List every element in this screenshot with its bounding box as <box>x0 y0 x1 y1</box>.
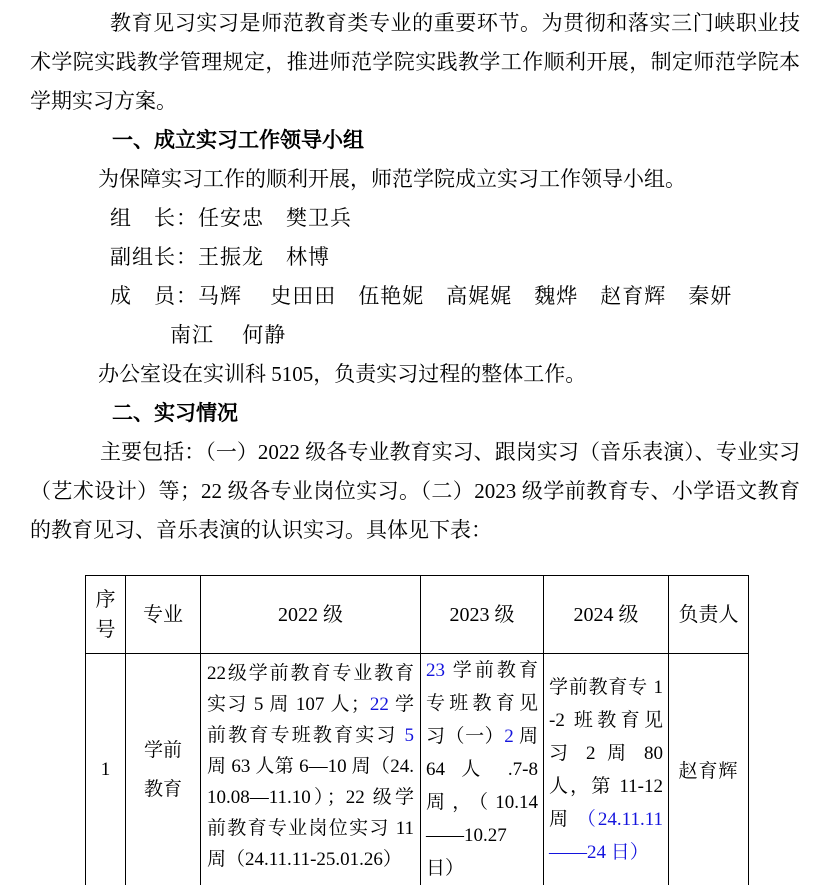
deputy-leader-line: 副组长：王振龙 林博 <box>110 238 800 277</box>
internship-table: 序号 专业 2022 级 2023 级 2024 级 负责人 1 学前教育 22… <box>85 575 749 885</box>
cell-2022-blue-edit-1: 22 <box>370 694 389 715</box>
leader-line: 组 长：任安忠 樊卫兵 <box>110 199 800 238</box>
header-grade-2024: 2024 级 <box>544 576 669 654</box>
section2-heading: 二、实习情况 <box>112 394 800 433</box>
header-index: 序号 <box>86 576 126 654</box>
office-line: 办公室设在实训科 5105，负责实习过程的整体工作。 <box>98 355 800 394</box>
cell-2023-text: 周 64 人 .7-8 周，（10.14——10.27 日） <box>426 726 538 879</box>
section1-heading: 一、成立实习工作领导小组 <box>112 121 800 160</box>
cell-grade-2022: 22级学前教育专业教育实习 5 周 107 人；22 学前教育专班教育实习 5 … <box>201 654 421 885</box>
cell-2022-text: 周 63 人第 6—10 周（24.10.08—11.10）；22 级学前教育专… <box>207 756 414 870</box>
header-person-in-charge: 负责人 <box>669 576 749 654</box>
cell-2024-text: 学前教育专 1-2 班教育见习 2 周 80 人，第 11-12 周 <box>549 677 663 830</box>
cell-major: 学前教育 <box>126 654 201 885</box>
cell-person-in-charge: 赵育辉 <box>669 654 749 885</box>
intro-paragraph: 教育见习实习是师范教育类专业的重要环节。为贯彻和落实三门峡职业技术学院实践教学管… <box>30 4 800 121</box>
section1-intro: 为保障实习工作的顺利开展，师范学院成立实习工作领导小组。 <box>98 160 800 199</box>
cell-2022-blue-edit-2: 5 <box>405 725 415 746</box>
cell-2023-blue-edit-1: 23 <box>426 660 445 681</box>
table-header-row: 序号 专业 2022 级 2023 级 2024 级 负责人 <box>86 576 749 654</box>
cell-index: 1 <box>86 654 126 885</box>
header-grade-2023: 2023 级 <box>421 576 544 654</box>
members-line-continued: 南江 何静 <box>170 316 800 355</box>
document-page: 教育见习实习是师范教育类专业的重要环节。为贯彻和落实三门峡职业技术学院实践教学管… <box>0 0 832 885</box>
header-grade-2022: 2022 级 <box>201 576 421 654</box>
cell-grade-2023: 23 学前教育专班教育见习（一）2 周 64 人 .7-8 周，（10.14——… <box>421 654 544 885</box>
cell-2023-blue-edit-2: 2 <box>504 726 514 747</box>
table-row: 1 学前教育 22级学前教育专业教育实习 5 周 107 人；22 学前教育专班… <box>86 654 749 885</box>
members-line: 成 员：马辉 史田田 伍艳妮 高娓娓 魏烨 赵育辉 秦妍 <box>110 277 800 316</box>
section2-intro: 主要包括：（一）2022 级各专业教育实习、跟岗实习（音乐表演）、专业实习（艺术… <box>30 433 800 550</box>
header-major: 专业 <box>126 576 201 654</box>
cell-grade-2024: 学前教育专 1-2 班教育见习 2 周 80 人，第 11-12 周 （24.1… <box>544 654 669 885</box>
